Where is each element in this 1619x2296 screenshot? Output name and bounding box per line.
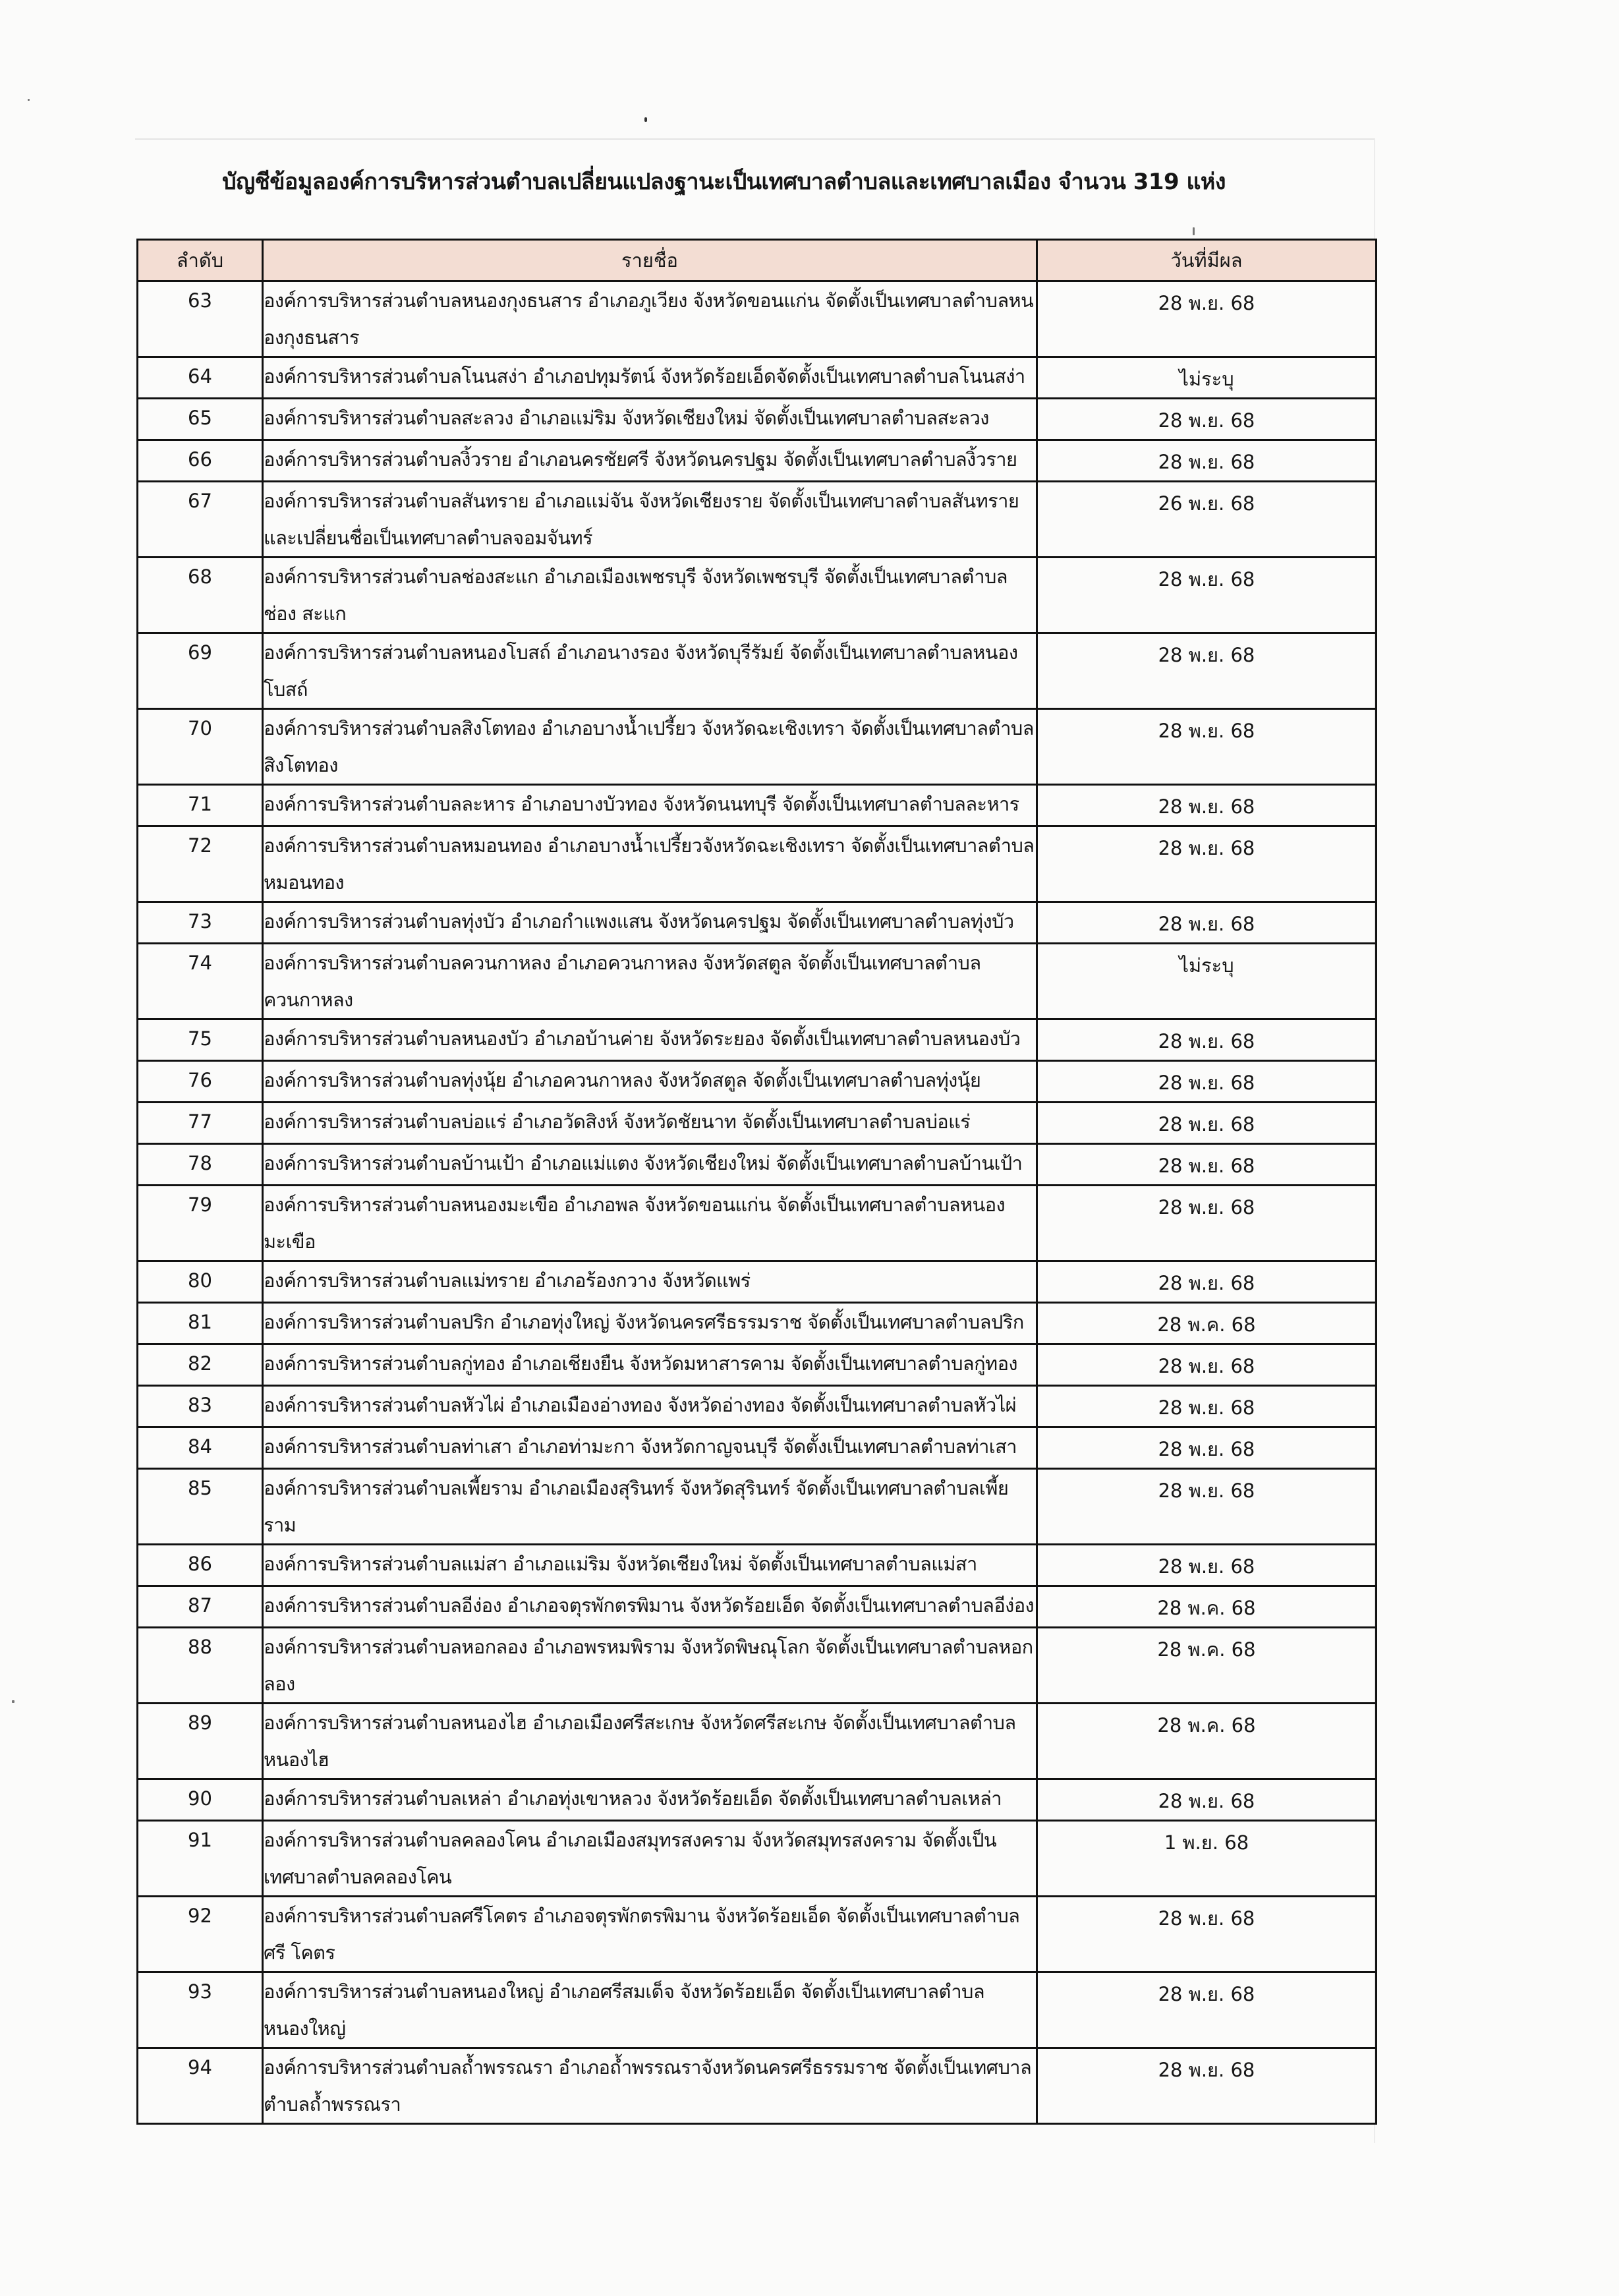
row-number: 74 xyxy=(138,944,263,1019)
table-row: 69องค์การบริหารส่วนตำบลหนองโบสถ์ อำเภอนา… xyxy=(138,633,1377,709)
row-number: 71 xyxy=(138,785,263,826)
effective-date-cell: 28 พ.ย. 68 xyxy=(1037,1897,1377,1972)
table-row: 82องค์การบริหารส่วนตำบลกู่ทอง อำเภอเชียง… xyxy=(138,1344,1377,1386)
effective-date-cell: 28 พ.ย. 68 xyxy=(1037,1545,1377,1586)
organization-name: องค์การบริหารส่วนตำบลงิ้วราย อำเภอนครชัย… xyxy=(263,440,1037,482)
effective-date-cell: 28 พ.ย. 68 xyxy=(1037,709,1377,785)
scan-speck xyxy=(1193,227,1195,235)
organization-name: องค์การบริหารส่วนตำบลสิงโตทอง อำเภอบางน้… xyxy=(263,709,1037,785)
column-header-effective-date: วันที่มีผล xyxy=(1037,240,1377,281)
row-number: 70 xyxy=(138,709,263,785)
table-row: 88องค์การบริหารส่วนตำบลหอกลอง อำเภอพรหมพ… xyxy=(138,1628,1377,1704)
effective-date-cell: 28 พ.ค. 68 xyxy=(1037,1704,1377,1779)
table-row: 64องค์การบริหารส่วนตำบลโนนสง่า อำเภอปทุม… xyxy=(138,357,1377,399)
effective-date-cell: 28 พ.ย. 68 xyxy=(1037,1061,1377,1103)
organization-name: องค์การบริหารส่วนตำบลแม่ทราย อำเภอร้องกว… xyxy=(263,1261,1037,1303)
organization-name: องค์การบริหารส่วนตำบลช่องสะแก อำเภอเมือง… xyxy=(263,558,1037,633)
effective-date-cell: 28 พ.ย. 68 xyxy=(1037,2048,1377,2124)
document-title: บัญชีข้อมูลองค์การบริหารส่วนตำบลเปลี่ยนแ… xyxy=(0,163,1619,199)
effective-date-cell: 28 พ.ย. 68 xyxy=(1037,281,1377,357)
row-number: 72 xyxy=(138,826,263,902)
table-row: 91องค์การบริหารส่วนตำบลคลองโคน อำเภอเมือ… xyxy=(138,1821,1377,1897)
organization-name: องค์การบริหารส่วนตำบลเพี้ยราม อำเภอเมือง… xyxy=(263,1469,1037,1545)
table-row: 90องค์การบริหารส่วนตำบลเหล่า อำเภอทุ่งเข… xyxy=(138,1779,1377,1821)
organization-name: องค์การบริหารส่วนตำบลถ้ำพรรณรา อำเภอถ้ำพ… xyxy=(263,2048,1037,2124)
effective-date-cell: 28 พ.ย. 68 xyxy=(1037,1386,1377,1427)
column-header-name: รายชื่อ xyxy=(263,240,1037,281)
organization-name: องค์การบริหารส่วนตำบลปริก อำเภอทุ่งใหญ่ … xyxy=(263,1303,1037,1344)
effective-date-cell: 28 พ.ย. 68 xyxy=(1037,633,1377,709)
row-number: 65 xyxy=(138,399,263,440)
table-row: 83องค์การบริหารส่วนตำบลหัวไผ่ อำเภอเมือง… xyxy=(138,1386,1377,1427)
effective-date: 28 พ.ค. 68 xyxy=(1157,1304,1255,1343)
row-number: 73 xyxy=(138,902,263,944)
table-body: 63องค์การบริหารส่วนตำบลหนองกุงธนสาร อำเภ… xyxy=(138,281,1377,2124)
row-number: 79 xyxy=(138,1186,263,1261)
row-number: 67 xyxy=(138,482,263,558)
row-number: 75 xyxy=(138,1019,263,1061)
effective-date: 28 พ.ย. 68 xyxy=(1158,903,1255,942)
table-row: 92องค์การบริหารส่วนตำบลศรีโคตร อำเภอจตุร… xyxy=(138,1897,1377,1972)
effective-date-cell: 28 พ.ย. 68 xyxy=(1037,785,1377,826)
effective-date: 28 พ.ย. 68 xyxy=(1158,710,1255,749)
row-number: 90 xyxy=(138,1779,263,1821)
effective-date: 28 พ.ย. 68 xyxy=(1158,827,1255,867)
table-row: 86องค์การบริหารส่วนตำบลแม่สา อำเภอแม่ริม… xyxy=(138,1545,1377,1586)
effective-date-cell: 28 พ.ค. 68 xyxy=(1037,1303,1377,1344)
effective-date-cell: 28 พ.ย. 68 xyxy=(1037,1779,1377,1821)
organization-name: องค์การบริหารส่วนตำบลหนองกุงธนสาร อำเภอภ… xyxy=(263,281,1037,357)
effective-date-cell: 26 พ.ย. 68 xyxy=(1037,482,1377,558)
effective-date-cell: 28 พ.ย. 68 xyxy=(1037,558,1377,633)
scan-speck xyxy=(644,117,647,122)
organization-name: องค์การบริหารส่วนตำบลหัวไผ่ อำเภอเมืองอ่… xyxy=(263,1386,1037,1427)
organization-name: องค์การบริหารส่วนตำบลหอกลอง อำเภอพรหมพิร… xyxy=(263,1628,1037,1704)
table-row: 63องค์การบริหารส่วนตำบลหนองกุงธนสาร อำเภ… xyxy=(138,281,1377,357)
document-title-text: บัญชีข้อมูลองค์การบริหารส่วนตำบลเปลี่ยนแ… xyxy=(222,163,1226,199)
effective-date: 28 พ.ย. 68 xyxy=(1158,1145,1255,1184)
table-header-row: ลำดับ รายชื่อ วันที่มีผล xyxy=(138,240,1377,281)
organization-name: องค์การบริหารส่วนตำบลหนองโบสถ์ อำเภอนางร… xyxy=(263,633,1037,709)
effective-date: 28 พ.ย. 68 xyxy=(1158,1470,1255,1509)
effective-date: 28 พ.ย. 68 xyxy=(1158,1780,1255,1820)
effective-date: 28 พ.ย. 68 xyxy=(1158,282,1255,322)
effective-date-cell: 28 พ.ย. 68 xyxy=(1037,1469,1377,1545)
row-number: 94 xyxy=(138,2048,263,2124)
row-number: 86 xyxy=(138,1545,263,1586)
effective-date-cell: 1 พ.ย. 68 xyxy=(1037,1821,1377,1897)
effective-date-cell: 28 พ.ย. 68 xyxy=(1037,1103,1377,1144)
row-number: 68 xyxy=(138,558,263,633)
row-number: 85 xyxy=(138,1469,263,1545)
row-number: 89 xyxy=(138,1704,263,1779)
table-row: 79องค์การบริหารส่วนตำบลหนองมะเขือ อำเภอพ… xyxy=(138,1186,1377,1261)
organization-name: องค์การบริหารส่วนตำบลหนองบัว อำเภอบ้านค่… xyxy=(263,1019,1037,1061)
table-row: 76องค์การบริหารส่วนตำบลทุ่งนุ้ย อำเภอควน… xyxy=(138,1061,1377,1103)
effective-date: 28 พ.ย. 68 xyxy=(1158,1020,1255,1060)
organization-name: องค์การบริหารส่วนตำบลแม่สา อำเภอแม่ริม จ… xyxy=(263,1545,1037,1586)
effective-date: 28 พ.ย. 68 xyxy=(1158,634,1255,674)
effective-date: 28 พ.ค. 68 xyxy=(1157,1587,1255,1626)
table-row: 78องค์การบริหารส่วนตำบลบ้านเป้า อำเภอแม่… xyxy=(138,1144,1377,1186)
effective-date-cell: 28 พ.ย. 68 xyxy=(1037,1344,1377,1386)
effective-date: 28 พ.ย. 68 xyxy=(1158,558,1255,598)
table-row: 67องค์การบริหารส่วนตำบลสันทราย อำเภอแม่จ… xyxy=(138,482,1377,558)
effective-date-cell: 28 พ.ย. 68 xyxy=(1037,1019,1377,1061)
row-number: 91 xyxy=(138,1821,263,1897)
effective-date-cell: 28 พ.ย. 68 xyxy=(1037,1261,1377,1303)
scan-speck xyxy=(12,1700,14,1703)
organization-name: องค์การบริหารส่วนตำบลโนนสง่า อำเภอปทุมรั… xyxy=(263,357,1037,399)
effective-date-cell: ไม่ระบุ xyxy=(1037,944,1377,1019)
organization-name: องค์การบริหารส่วนตำบลอีง่อง อำเภอจตุรพัก… xyxy=(263,1586,1037,1628)
effective-date: 1 พ.ย. 68 xyxy=(1164,1822,1249,1861)
row-number: 81 xyxy=(138,1303,263,1344)
effective-date: 28 พ.ย. 68 xyxy=(1158,1428,1255,1468)
effective-date-cell: 28 พ.ค. 68 xyxy=(1037,1586,1377,1628)
organization-name: องค์การบริหารส่วนตำบลบ่อแร่ อำเภอวัดสิงห… xyxy=(263,1103,1037,1144)
table-row: 74องค์การบริหารส่วนตำบลควนกาหลง อำเภอควน… xyxy=(138,944,1377,1019)
row-number: 63 xyxy=(138,281,263,357)
effective-date: 28 พ.ย. 68 xyxy=(1158,1062,1255,1101)
effective-date-cell: 28 พ.ย. 68 xyxy=(1037,1427,1377,1469)
column-header-no: ลำดับ xyxy=(138,240,263,281)
effective-date: ไม่ระบุ xyxy=(1179,944,1234,984)
row-number: 76 xyxy=(138,1061,263,1103)
row-number: 66 xyxy=(138,440,263,482)
organization-name: องค์การบริหารส่วนตำบลเหล่า อำเภอทุ่งเขาห… xyxy=(263,1779,1037,1821)
table-row: 65องค์การบริหารส่วนตำบลสะลวง อำเภอแม่ริม… xyxy=(138,399,1377,440)
organization-name: องค์การบริหารส่วนตำบลทุ่งบัว อำเภอกำแพงแ… xyxy=(263,902,1037,944)
organization-name: องค์การบริหารส่วนตำบลสันทราย อำเภอแม่จัน… xyxy=(263,482,1037,558)
table-row: 77องค์การบริหารส่วนตำบลบ่อแร่ อำเภอวัดสิ… xyxy=(138,1103,1377,1144)
row-number: 80 xyxy=(138,1261,263,1303)
table-row: 93องค์การบริหารส่วนตำบลหนองใหญ่ อำเภอศรี… xyxy=(138,1972,1377,2048)
organization-name: องค์การบริหารส่วนตำบลคลองโคน อำเภอเมืองส… xyxy=(263,1821,1037,1897)
effective-date: 28 พ.ย. 68 xyxy=(1158,1103,1255,1143)
effective-date-cell: 28 พ.ค. 68 xyxy=(1037,1628,1377,1704)
row-number: 83 xyxy=(138,1386,263,1427)
effective-date-cell: 28 พ.ย. 68 xyxy=(1037,1144,1377,1186)
effective-date: 26 พ.ย. 68 xyxy=(1158,482,1255,522)
effective-date: 28 พ.ย. 68 xyxy=(1158,1973,1255,2013)
row-number: 93 xyxy=(138,1972,263,2048)
table-row: 75องค์การบริหารส่วนตำบลหนองบัว อำเภอบ้าน… xyxy=(138,1019,1377,1061)
effective-date: 28 พ.ย. 68 xyxy=(1158,441,1255,480)
effective-date-cell: 28 พ.ย. 68 xyxy=(1037,1186,1377,1261)
effective-date: 28 พ.ย. 68 xyxy=(1158,399,1255,439)
table-row: 66องค์การบริหารส่วนตำบลงิ้วราย อำเภอนครช… xyxy=(138,440,1377,482)
effective-date-cell: ไม่ระบุ xyxy=(1037,357,1377,399)
organization-name: องค์การบริหารส่วนตำบลหนองใหญ่ อำเภอศรีสม… xyxy=(263,1972,1037,2048)
table-row: 68องค์การบริหารส่วนตำบลช่องสะแก อำเภอเมื… xyxy=(138,558,1377,633)
effective-date-cell: 28 พ.ย. 68 xyxy=(1037,902,1377,944)
table-row: 84องค์การบริหารส่วนตำบลท่าเสา อำเภอท่ามะ… xyxy=(138,1427,1377,1469)
effective-date: ไม่ระบุ xyxy=(1179,358,1234,397)
effective-date: 28 พ.ค. 68 xyxy=(1157,1628,1255,1668)
organization-name: องค์การบริหารส่วนตำบลหนองมะเขือ อำเภอพล … xyxy=(263,1186,1037,1261)
organization-name: องค์การบริหารส่วนตำบลบ้านเป้า อำเภอแม่แต… xyxy=(263,1144,1037,1186)
effective-date: 28 พ.ย. 68 xyxy=(1158,1545,1255,1585)
row-number: 88 xyxy=(138,1628,263,1704)
effective-date: 28 พ.ย. 68 xyxy=(1158,2049,1255,2088)
organization-name: องค์การบริหารส่วนตำบลท่าเสา อำเภอท่ามะกา… xyxy=(263,1427,1037,1469)
effective-date-cell: 28 พ.ย. 68 xyxy=(1037,399,1377,440)
table-row: 71องค์การบริหารส่วนตำบลละหาร อำเภอบางบัว… xyxy=(138,785,1377,826)
table-row: 85องค์การบริหารส่วนตำบลเพี้ยราม อำเภอเมื… xyxy=(138,1469,1377,1545)
effective-date: 28 พ.ค. 68 xyxy=(1157,1704,1255,1744)
organization-name: องค์การบริหารส่วนตำบลหมอนทอง อำเภอบางน้ำ… xyxy=(263,826,1037,902)
table-row: 94องค์การบริหารส่วนตำบลถ้ำพรรณรา อำเภอถ้… xyxy=(138,2048,1377,2124)
effective-date: 28 พ.ย. 68 xyxy=(1158,1897,1255,1937)
organization-name: องค์การบริหารส่วนตำบลหนองไฮ อำเภอเมืองศร… xyxy=(263,1704,1037,1779)
table-row: 81องค์การบริหารส่วนตำบลปริก อำเภอทุ่งใหญ… xyxy=(138,1303,1377,1344)
effective-date: 28 พ.ย. 68 xyxy=(1158,1262,1255,1302)
organization-name: องค์การบริหารส่วนตำบลสะลวง อำเภอแม่ริม จ… xyxy=(263,399,1037,440)
table-row: 80องค์การบริหารส่วนตำบลแม่ทราย อำเภอร้อง… xyxy=(138,1261,1377,1303)
row-number: 78 xyxy=(138,1144,263,1186)
effective-date-cell: 28 พ.ย. 68 xyxy=(1037,1972,1377,2048)
row-number: 87 xyxy=(138,1586,263,1628)
organization-name: องค์การบริหารส่วนตำบลควนกาหลง อำเภอควนกา… xyxy=(263,944,1037,1019)
row-number: 77 xyxy=(138,1103,263,1144)
organization-name: องค์การบริหารส่วนตำบลกู่ทอง อำเภอเชียงยื… xyxy=(263,1344,1037,1386)
row-number: 64 xyxy=(138,357,263,399)
organization-name: องค์การบริหารส่วนตำบลทุ่งนุ้ย อำเภอควนกา… xyxy=(263,1061,1037,1103)
effective-date: 28 พ.ย. 68 xyxy=(1158,1387,1255,1426)
effective-date-cell: 28 พ.ย. 68 xyxy=(1037,440,1377,482)
row-number: 82 xyxy=(138,1344,263,1386)
table-row: 72องค์การบริหารส่วนตำบลหมอนทอง อำเภอบางน… xyxy=(138,826,1377,902)
row-number: 92 xyxy=(138,1897,263,1972)
effective-date: 28 พ.ย. 68 xyxy=(1158,1345,1255,1385)
organization-name: องค์การบริหารส่วนตำบลละหาร อำเภอบางบัวทอ… xyxy=(263,785,1037,826)
organization-name: องค์การบริหารส่วนตำบลศรีโคตร อำเภอจตุรพั… xyxy=(263,1897,1037,1972)
effective-date: 28 พ.ย. 68 xyxy=(1158,786,1255,825)
table-row: 89องค์การบริหารส่วนตำบลหนองไฮ อำเภอเมือง… xyxy=(138,1704,1377,1779)
row-number: 69 xyxy=(138,633,263,709)
municipality-table: ลำดับ รายชื่อ วันที่มีผล 63องค์การบริหาร… xyxy=(136,239,1377,2125)
effective-date-cell: 28 พ.ย. 68 xyxy=(1037,826,1377,902)
scan-speck xyxy=(28,99,30,101)
table-row: 70องค์การบริหารส่วนตำบลสิงโตทอง อำเภอบาง… xyxy=(138,709,1377,785)
table-row: 87องค์การบริหารส่วนตำบลอีง่อง อำเภอจตุรพ… xyxy=(138,1586,1377,1628)
row-number: 84 xyxy=(138,1427,263,1469)
effective-date: 28 พ.ย. 68 xyxy=(1158,1186,1255,1226)
table-row: 73องค์การบริหารส่วนตำบลทุ่งบัว อำเภอกำแพ… xyxy=(138,902,1377,944)
